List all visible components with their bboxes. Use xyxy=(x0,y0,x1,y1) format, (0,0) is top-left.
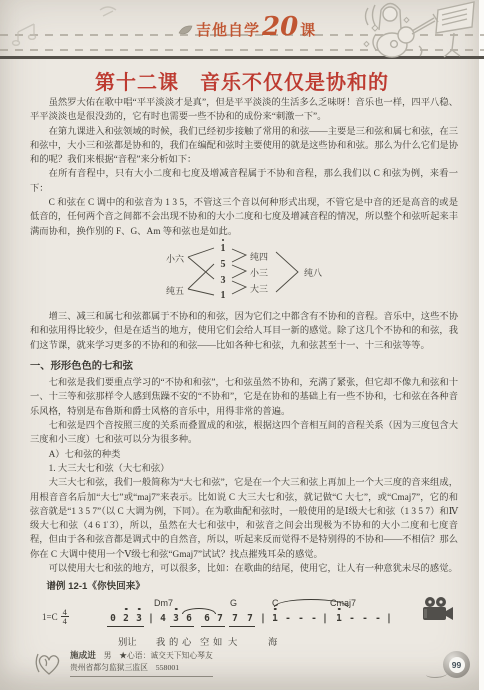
chord-row: Dm7GCCmaj7 xyxy=(108,596,408,607)
diagram-label-major-third: 大三 xyxy=(250,282,268,296)
page-header: 吉他自学20课 xyxy=(0,0,484,62)
lyric-syllable: 如 xyxy=(213,636,222,650)
diagram-note-5: 5 xyxy=(218,258,228,272)
contact-note: ★心语：诚交天下知心琴友 xyxy=(119,651,213,660)
leaf-icon xyxy=(178,24,194,36)
contact-footer: 施成进 男 ★心语：诚交天下知心琴友 贵州省都匀监狱三监区 558001 xyxy=(34,650,213,677)
lyric-syllable: 心 xyxy=(182,636,191,650)
paragraph: 七和弦是四个音按照三度的关系而叠置成的和弦，根据这四个音相互间的音程关系（因为三… xyxy=(30,419,458,448)
contact-name: 施成进 xyxy=(70,650,96,660)
music-note-doodle-icon xyxy=(4,2,154,48)
melody-note: - xyxy=(347,612,357,626)
eighth-note-beam xyxy=(229,626,255,627)
melody-note: 1 xyxy=(270,612,280,626)
lyrics-row: 别让我的心空如大海 xyxy=(108,636,408,650)
score-label: 谱例 12-1《你快回来》 xyxy=(30,580,458,594)
lyric-syllable: 别让 xyxy=(118,636,137,650)
paragraph: 在所有音程中，只有大小二度和七度及增减音程属于不协和音程，那么我们以 C 和弦为… xyxy=(30,167,458,196)
melody-note: 0 xyxy=(108,612,118,626)
lyric-syllable: 的 xyxy=(169,636,178,650)
melody-note: 4 xyxy=(158,612,168,626)
melody-note: 6 xyxy=(202,612,212,626)
melody-note: - xyxy=(373,612,383,626)
contact-text: 施成进 男 ★心语：诚交天下知心琴友 贵州省都匀监狱三监区 558001 xyxy=(70,650,213,677)
contact-gender: 男 xyxy=(104,651,112,660)
barline: | xyxy=(384,612,394,626)
lyric-syllable: 大 xyxy=(228,636,237,650)
paragraph: 在第九课进入和弦领域的时候，我们已经初步接触了常用的和弦——主要是三和弦和属七和… xyxy=(30,125,458,168)
melody-note: 7 xyxy=(215,612,225,626)
paragraph: 七和弦是我们要重点学习的“不协和和弦”，七和弦虽然不协和，充满了紧张，但它却不像… xyxy=(30,376,458,419)
series-title-left: 吉他自学 xyxy=(196,19,260,40)
lyric-syllable: 海 xyxy=(268,636,277,650)
diagram-label-perfect-octave: 纯八 xyxy=(304,266,322,280)
paragraph-usage: 可以使用大七和弦的地方，可以很多，比如：在歌曲的结尾，使用它，让人有一种意犹未尽… xyxy=(30,562,458,576)
intro-paragraphs: 虽然罗大佑在歌中唱“平平淡淡才是真”，但是平平淡淡的生活多么乏味呀！音乐也一样，… xyxy=(30,96,458,239)
paragraph-dissonant-chords: 增三、减三和属七和弦都属于不协和的和弦，因为它们之中都含有不协和的音程。音乐中，… xyxy=(30,310,458,353)
melody-note: - xyxy=(283,612,293,626)
melody-note: - xyxy=(309,612,319,626)
diagram-note-1-high: 1 xyxy=(218,242,228,256)
melody-note: 3 xyxy=(134,612,144,626)
melody-note: 1 xyxy=(334,612,344,626)
diagram-label-minor-third: 小三 xyxy=(250,266,268,280)
interval-diagram: 1 5 3 1 小六 纯五 纯四 小三 大三 纯八 xyxy=(152,242,352,306)
page-number-ball: 99 xyxy=(443,651,470,678)
section-paragraphs: 七和弦是我们要重点学习的“不协和和弦”，七和弦虽然不协和，充满了紧张，但它却不像… xyxy=(30,376,458,447)
scan-edge xyxy=(479,0,484,690)
diagram-label-perfect-fourth: 纯四 xyxy=(250,250,268,264)
diagram-label-minor-sixth: 小六 xyxy=(166,252,184,266)
lyric-syllable: 我 xyxy=(156,636,165,650)
series-title: 吉他自学20课 xyxy=(196,17,316,40)
guitar-player-illustration xyxy=(320,0,484,60)
melody-note: 6 xyxy=(184,612,194,626)
lesson-title: 第十二课 音乐不仅仅是协和的 xyxy=(0,66,484,95)
paragraph-major7: 大三大七和弦，我们一般简称为“大七和弦”，它是在一个大三和弦上再加上一个大三度的… xyxy=(30,476,458,562)
melody-note: 7 xyxy=(230,612,240,626)
melody-note: - xyxy=(296,612,306,626)
eighth-note-beam xyxy=(107,626,144,627)
contact-line-2: 贵州省都匀监狱三监区 558001 xyxy=(70,662,213,674)
barline: | xyxy=(146,612,156,626)
eighth-note-beam xyxy=(170,626,194,627)
contact-line-1: 施成进 男 ★心语：诚交天下知心琴友 xyxy=(70,650,213,662)
video-camera-icon xyxy=(422,596,454,622)
lyric-syllable: 空 xyxy=(200,636,209,650)
eighth-note-beam xyxy=(201,626,225,627)
barline: | xyxy=(320,612,330,626)
barline: | xyxy=(258,612,268,626)
book-page: 吉他自学20课 第十二课 音乐不仅仅是协和的 虽然罗大佑在 xyxy=(0,0,484,690)
diagram-note-3: 3 xyxy=(218,274,228,288)
diagram-label-perfect-fifth: 纯五 xyxy=(166,284,184,298)
page-number: 99 xyxy=(449,657,465,673)
series-title-number: 20 xyxy=(262,17,298,37)
section-heading: 一、形形色色的七和弦 xyxy=(30,360,458,374)
heart-outline-icon xyxy=(34,651,64,677)
series-title-right: 课 xyxy=(300,19,316,40)
subheading-types: A）七和弦的种类 xyxy=(30,448,458,462)
melody-row: 023|4366777|1---|1---| xyxy=(108,609,408,633)
diagram-note-1-low: 1 xyxy=(218,289,228,303)
music-score: 1=C44 Dm7GCCmaj7 023|4366777|1---|1---| … xyxy=(30,596,458,658)
body-content: 虽然罗大佑在歌中唱“平平淡淡才是真”，但是平平淡淡的生活多么乏味呀！音乐也一样，… xyxy=(30,96,458,658)
melody-note: - xyxy=(360,612,370,626)
subheading-major7: 1. 大三大七和弦（大七和弦） xyxy=(30,462,458,476)
melody-note: 2 xyxy=(121,612,131,626)
paragraph: C 和弦在 C 调中的和弦音为 1 3 5，不管这三个音以何种形式出现，不管它是… xyxy=(30,196,458,239)
key-signature: 1=C44 xyxy=(42,608,69,625)
melody-note: 7 xyxy=(245,612,255,626)
melody-note: 3 xyxy=(171,612,181,626)
paragraph: 虽然罗大佑在歌中唱“平平淡淡才是真”，但是平平淡淡的生活多么乏味呀！音乐也一样，… xyxy=(30,96,458,125)
